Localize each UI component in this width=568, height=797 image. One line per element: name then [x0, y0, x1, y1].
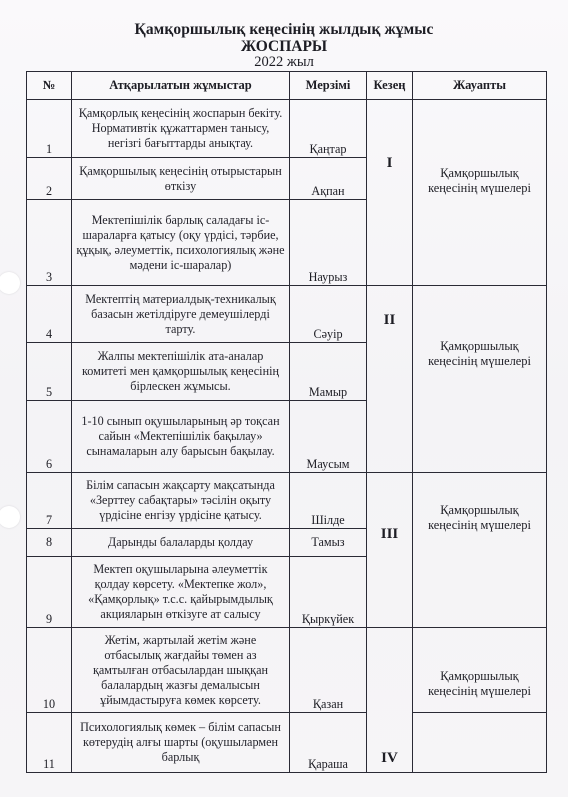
row-month: Наурыз	[290, 200, 367, 286]
header-stage: Кезең	[367, 72, 413, 100]
row-task: Жалпы мектепішілік ата-аналар комитеті м…	[72, 343, 290, 401]
row-task: Білім сапасын жақсарту мақсатында «Зертт…	[72, 473, 290, 529]
responsible-cell: Қамқоршылық кеңесінің мүшелері	[413, 286, 547, 473]
row-number: 10	[27, 628, 72, 713]
row-number: 5	[27, 343, 72, 401]
stage-cell: III	[367, 473, 413, 628]
row-month: Қаңтар	[290, 100, 367, 158]
row-task: Мектептің материалдық-техникалық базасын…	[72, 286, 290, 343]
row-month: Қыркүйек	[290, 557, 367, 628]
row-number: 9	[27, 557, 72, 628]
document-title: Қамқоршылық кеңесінің жылдық жұмыс	[0, 21, 568, 39]
header-responsible: Жауапты	[413, 72, 547, 100]
row-task: 1-10 сынып оқушыларының әр тоқсан сайын …	[72, 401, 290, 473]
work-plan-table: № Атқарылатын жұмыстар Мерзімі Кезең Жау…	[26, 71, 547, 773]
stage-cell: I	[367, 100, 413, 286]
header-deadline: Мерзімі	[290, 72, 367, 100]
table-row: 10 Жетім, жартылай жетім және отбасылық …	[27, 628, 547, 713]
table-row: 11 Психологиялық көмек – білім сапасын к…	[27, 713, 547, 773]
responsible-cell: Қамқоршылық кеңесінің мүшелері	[413, 628, 547, 713]
row-task: Психологиялық көмек – білім сапасын көте…	[72, 713, 290, 773]
row-number: 7	[27, 473, 72, 529]
table-header-row: № Атқарылатын жұмыстар Мерзімі Кезең Жау…	[27, 72, 547, 100]
responsible-cell: Қамқоршылық кеңесінің мүшелері	[413, 100, 547, 286]
header-tasks: Атқарылатын жұмыстар	[72, 72, 290, 100]
row-month: Қазан	[290, 628, 367, 713]
row-month: Ақпан	[290, 158, 367, 200]
row-number: 3	[27, 200, 72, 286]
stage-cell: II	[367, 286, 413, 473]
row-number: 11	[27, 713, 72, 773]
document-page: Қамқоршылық кеңесінің жылдық жұмыс ЖОСПА…	[0, 0, 568, 797]
document-year: 2022 жыл	[0, 54, 568, 71]
row-month: Шілде	[290, 473, 367, 529]
row-month: Маусым	[290, 401, 367, 473]
punch-hole	[0, 272, 20, 294]
table-row: 4 Мектептің материалдық-техникалық базас…	[27, 286, 547, 343]
row-number: 4	[27, 286, 72, 343]
row-number: 2	[27, 158, 72, 200]
row-month: Тамыз	[290, 529, 367, 557]
row-task: Қамқорлық кеңесінің жоспарын бекіту. Нор…	[72, 100, 290, 158]
row-task: Дарынды балаларды қолдау	[72, 529, 290, 557]
row-task: Мектепішілік барлық саладағы іс-шараларғ…	[72, 200, 290, 286]
row-number: 8	[27, 529, 72, 557]
stage-cell: IV	[367, 628, 413, 773]
punch-hole	[0, 506, 20, 528]
row-number: 1	[27, 100, 72, 158]
table-row: 1 Қамқорлық кеңесінің жоспарын бекіту. Н…	[27, 100, 547, 158]
responsible-cell: Қамқоршылық кеңесінің мүшелері	[413, 473, 547, 628]
header-number: №	[27, 72, 72, 100]
table-row: 7 Білім сапасын жақсарту мақсатында «Зер…	[27, 473, 547, 529]
row-month: Мамыр	[290, 343, 367, 401]
responsible-cell	[413, 713, 547, 773]
row-task: Жетім, жартылай жетім және отбасылық жағ…	[72, 628, 290, 713]
row-number: 6	[27, 401, 72, 473]
row-task: Мектеп оқушыларына әлеуметтік қолдау көр…	[72, 557, 290, 628]
row-month: Сәуір	[290, 286, 367, 343]
row-month: Қараша	[290, 713, 367, 773]
row-task: Қамқоршылық кеңесінің отырыстарын өткізу	[72, 158, 290, 200]
